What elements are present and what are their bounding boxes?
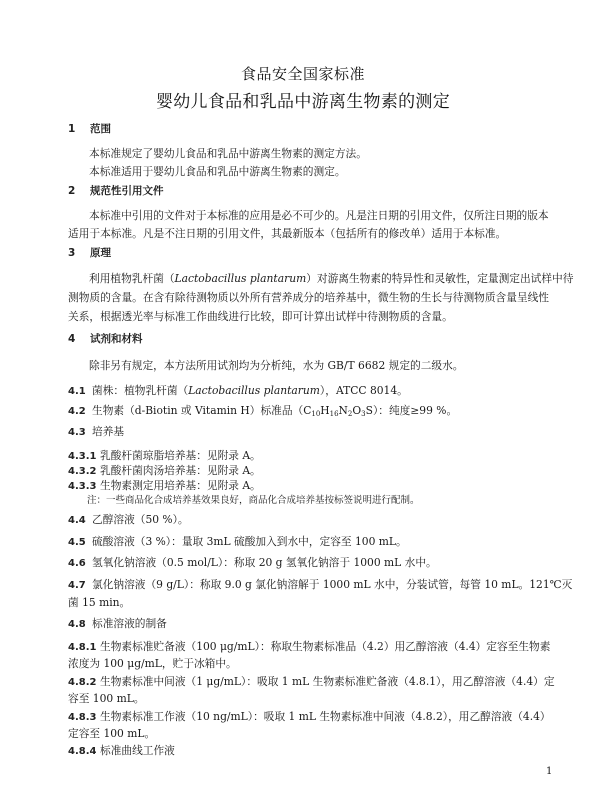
section-title: 范围	[90, 123, 111, 135]
clause-4-8-1-continued: 浓度为 100 μg/mL，贮于冰箱中。	[68, 657, 237, 671]
clause-4-8-2: 4.8.2生物素标准中间液（1 μg/mL）：吸取 1 mL 生物素标准贮备液（…	[68, 675, 555, 690]
clause-4-5: 4.5硫酸溶液（3 %）：量取 3mL 硫酸加入到水中，定容至 100 mL。	[68, 535, 407, 550]
text: ）对游离生物素的特异性和灵敏性，定量测定出试样中待	[306, 272, 573, 285]
text: 培养基	[92, 425, 124, 438]
section-number: 1	[68, 122, 90, 136]
text: 标准溶液的制备	[92, 617, 167, 630]
text: H	[320, 404, 329, 417]
section-number: 4	[68, 332, 90, 346]
text: ），ATCC 8014。	[320, 384, 408, 397]
text: 生物素标准贮备液（100 μg/mL）：称取生物素标准品（4.2）用乙醇溶液（4…	[100, 640, 550, 653]
text: 乳酸杆菌琼脂培养基：见附录 A。	[100, 449, 261, 462]
clause-4-2: 4.2生物素（d-Biotin 或 Vitamin H）标准品（C10H16N2…	[68, 404, 457, 419]
text: N	[339, 404, 348, 417]
clause-number: 4.1	[68, 385, 92, 399]
note: 注：一些商品化合成培养基效果良好，商品化合成培养基按标签说明进行配制。	[87, 494, 420, 508]
paragraph-line: 测物质的含量。在含有除待测物质以外所有营养成分的培养基中，微生物的生长与待测物质…	[68, 291, 549, 305]
clause-4-3-1: 4.3.1乳酸杆菌琼脂培养基：见附录 A。	[68, 449, 261, 464]
text: 生物素标准工作液（10 ng/mL）：吸取 1 mL 生物素标准中间液（4.8.…	[100, 710, 551, 723]
clause-number: 4.5	[68, 536, 92, 550]
text: 生物素测定用培养基：见附录 A。	[100, 479, 261, 492]
text: O	[352, 404, 361, 417]
paragraph: 本标准规定了婴幼儿食品和乳品中游离生物素的测定方法。	[89, 147, 367, 161]
section-4-heading: 4试剂和材料	[68, 332, 143, 346]
text: 菌株：植物乳杆菌（	[92, 384, 188, 397]
clause-4-8: 4.8标准溶液的制备	[68, 617, 167, 632]
clause-4-3: 4.3培养基	[68, 425, 124, 440]
section-number: 3	[68, 246, 90, 260]
clause-number: 4.8.4	[68, 745, 100, 759]
clause-4-7: 4.7氯化钠溶液（9 g/L）：称取 9.0 g 氯化钠溶解于 1000 mL …	[68, 578, 572, 593]
page-number: 1	[546, 765, 552, 779]
document-title: 食品安全国家标准	[0, 64, 606, 84]
text: 标准曲线工作液	[100, 744, 175, 757]
paragraph-line: 关系，根据透光率与标准工作曲线进行比较，即可计算出试样中待测物质的含量。	[68, 310, 453, 324]
clause-4-6: 4.6氢氧化钠溶液（0.5 mol/L）：称取 20 g 氢氧化钠溶于 1000…	[68, 556, 437, 571]
text: 生物素标准中间液（1 μg/mL）：吸取 1 mL 生物素标准贮备液（4.8.1…	[100, 675, 555, 688]
clause-4-8-3: 4.8.3生物素标准工作液（10 ng/mL）：吸取 1 mL 生物素标准中间液…	[68, 710, 551, 725]
text: 乳酸杆菌肉汤培养基：见附录 A。	[100, 464, 261, 477]
clause-number: 4.3	[68, 426, 92, 440]
species-name: Lactobacillus plantarum	[175, 272, 307, 285]
paragraph-line: 利用植物乳杆菌（Lactobacillus plantarum）对游离生物素的特…	[89, 272, 573, 286]
clause-4-1: 4.1菌株：植物乳杆菌（Lactobacillus plantarum），ATC…	[68, 384, 408, 399]
clause-number: 4.3.1	[68, 450, 100, 464]
clause-number: 4.8.3	[68, 711, 100, 725]
text: 乙醇溶液（50 %）。	[92, 513, 189, 526]
text: S	[366, 404, 373, 417]
subscript: 10	[311, 410, 320, 418]
section-title: 原理	[90, 247, 111, 259]
clause-number: 4.8.2	[68, 676, 100, 690]
section-1-heading: 1范围	[68, 122, 111, 136]
section-number: 2	[68, 184, 90, 198]
section-2-heading: 2规范性引用文件	[68, 184, 164, 198]
clause-4-8-1: 4.8.1生物素标准贮备液（100 μg/mL）：称取生物素标准品（4.2）用乙…	[68, 640, 550, 655]
paragraph: 本标准适用于婴幼儿食品和乳品中游离生物素的测定。	[89, 165, 346, 179]
species-name: Lactobacillus plantarum	[188, 384, 320, 397]
clause-number: 4.8.1	[68, 641, 100, 655]
clause-4-4: 4.4乙醇溶液（50 %）。	[68, 513, 189, 528]
document-subtitle: 婴幼儿食品和乳品中游离生物素的测定	[0, 91, 606, 113]
clause-number: 4.6	[68, 557, 92, 571]
clause-number: 4.7	[68, 579, 92, 593]
section-title: 规范性引用文件	[90, 185, 164, 197]
text: 氢氧化钠溶液（0.5 mol/L）：称取 20 g 氢氧化钠溶于 1000 mL…	[92, 556, 437, 569]
clause-4-8-2-continued: 容至 100 mL。	[68, 692, 145, 706]
text: 氯化钠溶液（9 g/L）：称取 9.0 g 氯化钠溶解于 1000 mL 水中，…	[92, 578, 572, 591]
clause-number: 4.4	[68, 514, 92, 528]
clause-number: 4.2	[68, 405, 92, 419]
clause-4-7-continued: 菌 15 min。	[68, 596, 130, 610]
clause-number: 4.3.3	[68, 480, 100, 494]
clause-4-8-4: 4.8.4标准曲线工作液	[68, 744, 175, 759]
section-title: 试剂和材料	[90, 333, 143, 345]
clause-4-3-2: 4.3.2乳酸杆菌肉汤培养基：见附录 A。	[68, 464, 261, 479]
text: 硫酸溶液（3 %）：量取 3mL 硫酸加入到水中，定容至 100 mL。	[92, 535, 407, 548]
clause-4-3-3: 4.3.3生物素测定用培养基：见附录 A。	[68, 479, 261, 494]
subscript: 16	[330, 410, 339, 418]
text: 利用植物乳杆菌（	[89, 272, 175, 285]
document-page: 食品安全国家标准 婴幼儿食品和乳品中游离生物素的测定 1范围 本标准规定了婴幼儿…	[0, 0, 606, 808]
section-3-heading: 3原理	[68, 246, 111, 260]
text: ）：纯度≥99 %。	[373, 404, 457, 417]
clause-4-8-3-continued: 定容至 100 mL。	[68, 727, 155, 741]
paragraph-line: 适用于本标准。凡是不注日期的引用文件，其最新版本（包括所有的修改单）适用于本标准…	[68, 227, 506, 241]
clause-number: 4.8	[68, 618, 92, 632]
paragraph: 除非另有规定，本方法所用试剂均为分析纯，水为 GB/T 6682 规定的二级水。	[89, 359, 463, 373]
paragraph-line: 本标准中引用的文件对于本标准的应用是必不可少的。凡是注日期的引用文件，仅所注日期…	[89, 209, 549, 223]
text: 生物素（d-Biotin 或 Vitamin H）标准品（C	[92, 404, 311, 417]
clause-number: 4.3.2	[68, 465, 100, 479]
